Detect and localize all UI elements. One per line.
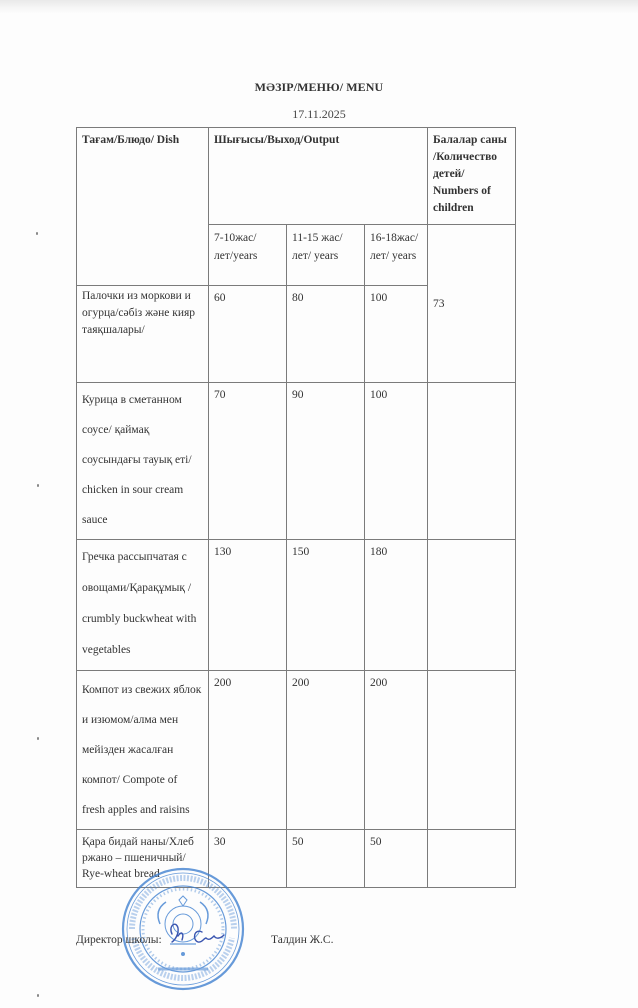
dish-name: Палочки из моркови и огурца/сәбіз және к… xyxy=(77,286,209,383)
output-16-18: 200 xyxy=(365,671,428,830)
output-11-15: 150 xyxy=(287,540,365,671)
document-date: 17.11.2025 xyxy=(0,107,638,122)
margin-mark xyxy=(37,994,39,997)
output-7-10: 60 xyxy=(209,286,287,383)
output-7-10: 200 xyxy=(209,671,287,830)
output-11-15: 50 xyxy=(287,830,365,888)
dish-name: Курица в сметанном соусе/ қаймақ соусынд… xyxy=(77,383,209,540)
age-group-16-18: 16-18жас/лет/ years xyxy=(365,225,428,286)
header-row: Тағам/Блюдо/ Dish Шығысы/Выход/Output Ба… xyxy=(77,128,516,225)
output-16-18: 100 xyxy=(365,286,428,383)
dish-name: Компот из свежих яблок и изюмом/алма мен… xyxy=(77,671,209,830)
output-11-15: 90 xyxy=(287,383,365,540)
children-empty-cell xyxy=(428,830,516,888)
official-stamp-icon xyxy=(120,866,246,992)
output-16-18: 100 xyxy=(365,383,428,540)
output-11-15: 200 xyxy=(287,671,365,830)
director-label: Директор школы: xyxy=(76,934,162,946)
output-16-18: 180 xyxy=(365,540,428,671)
output-11-15: 80 xyxy=(287,286,365,383)
children-empty-cell xyxy=(428,540,516,671)
scan-top-edge xyxy=(0,0,638,14)
dish-name: Гречка рассыпчатая с овощами/Қарақұмық /… xyxy=(77,540,209,671)
margin-mark xyxy=(37,737,39,740)
dish-header: Тағам/Блюдо/ Dish xyxy=(77,128,209,286)
output-7-10: 130 xyxy=(209,540,287,671)
age-group-7-10: 7-10жас/лет/years xyxy=(209,225,287,286)
output-header: Шығысы/Выход/Output xyxy=(209,128,428,225)
children-header: Балалар саны /Количество детей/ Numbers … xyxy=(428,128,516,225)
age-group-11-15: 11-15 жас/лет/ years xyxy=(287,225,365,286)
output-16-18: 50 xyxy=(365,830,428,888)
table-row: Компот из свежих яблок и изюмом/алма мен… xyxy=(77,671,516,830)
children-count: 73 xyxy=(428,225,516,383)
director-name: Талдин Ж.С. xyxy=(271,934,333,946)
table-row: Курица в сметанном соусе/ қаймақ соусынд… xyxy=(77,383,516,540)
output-7-10: 70 xyxy=(209,383,287,540)
document-title: МӘЗІР/МЕНЮ/ MENU xyxy=(0,80,638,95)
margin-mark xyxy=(37,484,39,487)
children-empty-cell xyxy=(428,383,516,540)
menu-table: Тағам/Блюдо/ Dish Шығысы/Выход/Output Ба… xyxy=(76,127,516,888)
children-empty-cell xyxy=(428,671,516,830)
table-row: Гречка рассыпчатая с овощами/Қарақұмық /… xyxy=(77,540,516,671)
margin-mark xyxy=(36,232,38,235)
